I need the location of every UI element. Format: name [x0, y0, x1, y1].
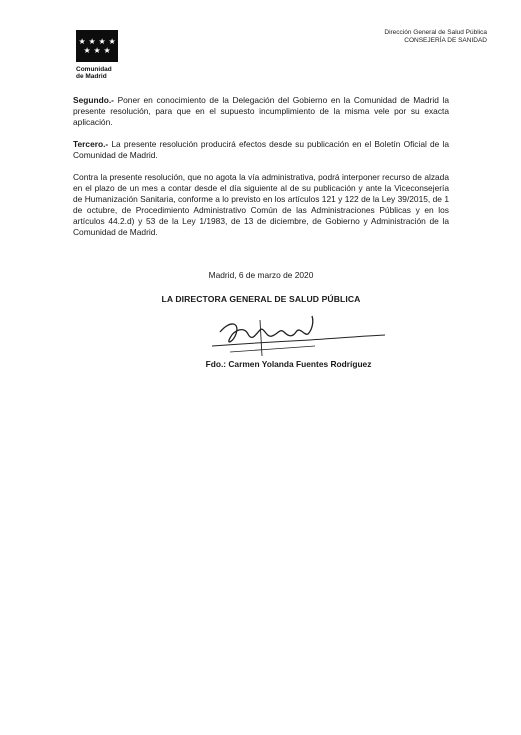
star-icon: ★: [84, 47, 91, 55]
signer-name: Fdo.: Carmen Yolanda Fuentes Rodríguez: [73, 359, 449, 369]
paragraph-text: La presente resolución producirá efectos…: [73, 139, 449, 160]
ministry-name: CONSEJERÍA DE SANIDAD: [384, 37, 487, 45]
resolution-body: Segundo.- Poner en conocimiento de la De…: [73, 95, 449, 249]
star-icon: ★: [109, 38, 116, 46]
paragraph-lead: Tercero.-: [73, 139, 108, 149]
star-icon: ★: [94, 47, 101, 55]
logo-line-1: Comunidad: [76, 66, 122, 73]
star-icon: ★: [89, 38, 96, 46]
star-icon: ★: [104, 47, 111, 55]
place-and-date: Madrid, 6 de marzo de 2020: [73, 270, 449, 280]
madrid-flag-stars-icon: ★ ★ ★ ★ ★ ★ ★: [76, 30, 118, 62]
paragraph-text: Contra la presente resolución, que no ag…: [73, 172, 449, 237]
directorate-name: Dirección General de Salud Pública: [384, 29, 487, 37]
handwritten-signature-icon: [200, 312, 390, 362]
paragraph-appeal: Contra la presente resolución, que no ag…: [73, 172, 449, 238]
comunidad-de-madrid-logo: ★ ★ ★ ★ ★ ★ ★ Comunidad de Madrid: [76, 30, 122, 80]
signer-title: LA DIRECTORA GENERAL DE SALUD PÚBLICA: [73, 294, 449, 304]
star-icon: ★: [99, 38, 106, 46]
paragraph-segundo: Segundo.- Poner en conocimiento de la De…: [73, 95, 449, 128]
logo-line-2: de Madrid: [76, 73, 122, 80]
paragraph-tercero: Tercero.- La presente resolución produci…: [73, 139, 449, 161]
logo-text: Comunidad de Madrid: [76, 66, 122, 80]
star-icon: ★: [79, 38, 86, 46]
paragraph-text: Poner en conocimiento de la Delegación d…: [73, 95, 449, 127]
issuing-department: Dirección General de Salud Pública CONSE…: [384, 29, 487, 45]
paragraph-lead: Segundo.-: [73, 95, 114, 105]
